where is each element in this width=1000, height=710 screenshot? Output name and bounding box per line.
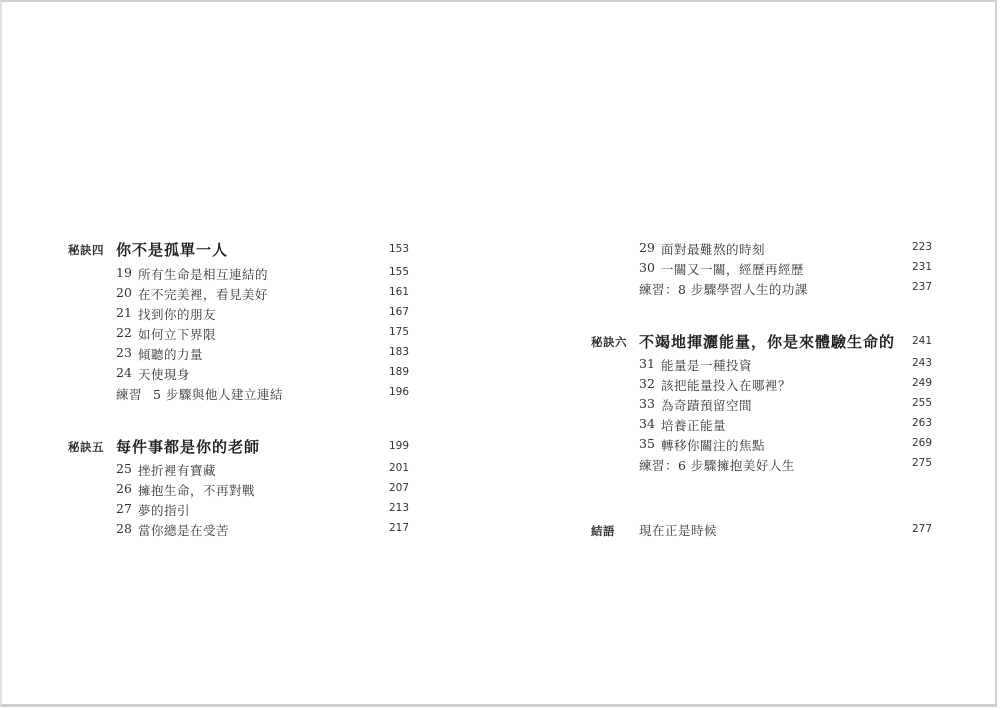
page-number: 255 (892, 397, 932, 409)
chapter-title: 天使現身 (138, 365, 190, 383)
chapter-number: 24 (116, 365, 132, 380)
exercise-title: 練習：6 步驟擁抱美好人生 (639, 456, 795, 474)
part-label: 秘訣四 (68, 242, 104, 258)
part-title: 你不是孤單一人 (116, 239, 228, 260)
conclusion-label: 結語 (591, 523, 615, 539)
chapter-title: 該把能量投入在哪裡？ (661, 376, 791, 394)
page-number: 277 (892, 523, 932, 535)
page-number: 213 (369, 502, 409, 514)
page-number: 207 (369, 482, 409, 494)
page-number: 231 (892, 261, 932, 273)
chapter-number: 27 (116, 501, 132, 516)
chapter-number: 30 (639, 260, 655, 275)
chapter-title: 如何立下界限 (138, 325, 216, 343)
page-number: 263 (892, 417, 932, 429)
chapter-number: 22 (116, 325, 132, 340)
part-label: 秘訣六 (591, 334, 627, 350)
page-number: 275 (892, 457, 932, 469)
chapter-number: 23 (116, 345, 132, 360)
chapter-title: 找到你的朋友 (138, 305, 216, 323)
page-number: 243 (892, 357, 932, 369)
chapter-title: 所有生命是相互連結的 (138, 265, 268, 283)
chapter-title: 培養正能量 (661, 416, 726, 434)
chapter-number: 21 (116, 305, 132, 320)
page-number: 189 (369, 366, 409, 378)
page-number: 167 (369, 306, 409, 318)
page-number: 223 (892, 241, 932, 253)
chapter-title: 為奇蹟預留空間 (661, 396, 752, 414)
part-title: 不竭地揮灑能量，你是來體驗生命的 (639, 331, 895, 352)
chapter-number: 33 (639, 396, 655, 411)
chapter-title: 擁抱生命，不再對戰 (138, 481, 255, 499)
chapter-title: 挫折裡有寶藏 (138, 461, 216, 479)
chapter-number: 19 (116, 265, 132, 280)
chapter-title: 在不完美裡，看見美好 (138, 285, 268, 303)
chapter-number: 29 (639, 240, 655, 255)
page-number: 201 (369, 462, 409, 474)
conclusion-title: 現在正是時候 (639, 521, 717, 539)
page-number: 196 (369, 386, 409, 398)
page-number: 161 (369, 286, 409, 298)
page-number: 217 (369, 522, 409, 534)
chapter-title: 一關又一關，經歷再經歷 (661, 260, 804, 278)
chapter-title: 傾聽的力量 (138, 345, 203, 363)
exercise-title: 5 步驟與他人建立連結 (153, 385, 283, 403)
chapter-number: 31 (639, 356, 655, 371)
part-title: 每件事都是你的老師 (116, 436, 260, 457)
page-number: 153 (369, 243, 409, 255)
page-number: 237 (892, 281, 932, 293)
part-label: 秘訣五 (68, 439, 104, 455)
page-number: 183 (369, 346, 409, 358)
exercise-label: 練習 (116, 385, 142, 403)
chapter-number: 28 (116, 521, 132, 536)
chapter-number: 26 (116, 481, 132, 496)
chapter-title: 能量是一種投資 (661, 356, 752, 374)
page-number: 175 (369, 326, 409, 338)
chapter-number: 34 (639, 416, 655, 431)
page-number: 199 (369, 440, 409, 452)
page-number: 241 (892, 335, 932, 347)
chapter-title: 夢的指引 (138, 501, 190, 519)
chapter-title: 轉移你關注的焦點 (661, 436, 765, 454)
chapter-number: 25 (116, 461, 132, 476)
chapter-number: 20 (116, 285, 132, 300)
page-number: 249 (892, 377, 932, 389)
page-number: 155 (369, 266, 409, 278)
chapter-title: 面對最難熬的時刻 (661, 240, 765, 258)
chapter-title: 當你總是在受苦 (138, 521, 229, 539)
exercise-title: 練習：8 步驟學習人生的功課 (639, 280, 808, 298)
chapter-number: 35 (639, 436, 655, 451)
page-number: 269 (892, 437, 932, 449)
chapter-number: 32 (639, 376, 655, 391)
